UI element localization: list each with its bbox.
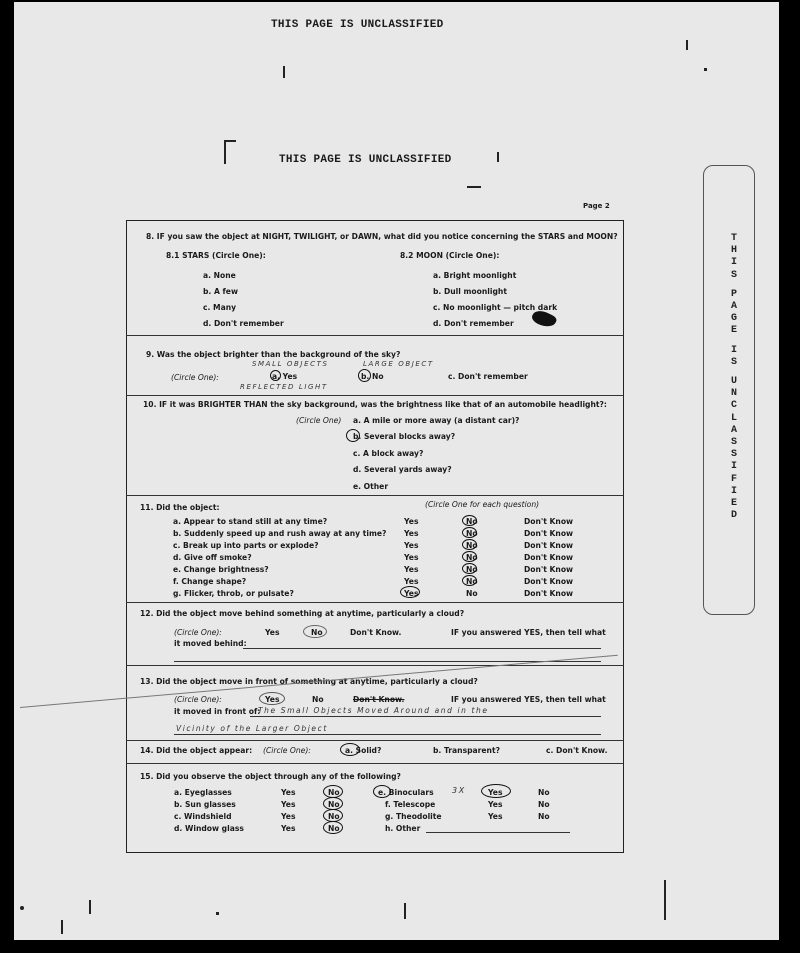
scan-mark <box>704 68 707 71</box>
q10-question: 10. IF it was BRIGHTER THAN the sky back… <box>143 400 607 409</box>
q13-followup: IF you answered YES, then tell what <box>451 695 606 704</box>
side-letter: I <box>728 486 740 498</box>
q12-question: 12. Did the object move behind something… <box>140 609 464 618</box>
q11-row-d-label: d. Give off smoke? <box>173 553 252 562</box>
q12-followup: IF you answered YES, then tell what <box>451 628 606 637</box>
side-letter: I <box>728 461 740 473</box>
q15-left-d-label: d. Window glass <box>174 824 244 833</box>
q15-left-b-label: b. Sun glasses <box>174 800 236 809</box>
selection-circle <box>400 586 420 598</box>
q15-right-h-label: h. Other <box>385 824 420 833</box>
q10-circle-label: (Circle One) <box>296 416 341 425</box>
side-letter: G <box>728 313 740 325</box>
q10-option-a[interactable]: a. A mile or more away (a distant car)? <box>353 416 519 425</box>
selection-circle <box>270 370 281 381</box>
side-letter: U <box>728 376 740 388</box>
q13-option-no[interactable]: No <box>312 695 324 704</box>
q9-handwritten-reflected-light: REFLECTED LIGHT <box>240 383 328 391</box>
q9-option-dont-remember[interactable]: c. Don't remember <box>448 372 528 381</box>
selection-circle <box>462 515 477 526</box>
q11-instruction: (Circle One for each question) <box>425 500 539 509</box>
q15-binoculars-note: 3X <box>452 786 466 795</box>
selection-circle <box>303 625 327 638</box>
selection-circle <box>373 785 391 798</box>
selection-circle <box>462 539 477 550</box>
side-letter: E <box>728 498 740 510</box>
side-letter: A <box>728 425 740 437</box>
scan-mark <box>20 906 24 910</box>
q13-circle-label: (Circle One): <box>174 695 222 704</box>
q14-question: 14. Did the object appear: <box>140 746 252 755</box>
selection-circle <box>462 527 477 538</box>
q14-option-c[interactable]: c. Don't Know. <box>546 746 607 755</box>
q12-option-dont-know[interactable]: Don't Know. <box>350 628 401 637</box>
divider <box>126 602 624 603</box>
q11-row-a-dont-know[interactable]: Don't Know <box>524 517 573 526</box>
selection-circle <box>259 692 285 705</box>
q8-stars-option-d[interactable]: d. Don't remember <box>203 319 284 328</box>
q8-stars-option-c[interactable]: c. Many <box>203 303 236 312</box>
side-letter: S <box>728 357 740 369</box>
classification-stamp-side: T H I S P A G E I S U N C L A S S I F I … <box>728 233 740 522</box>
selection-circle <box>340 743 360 756</box>
q8-stars-option-b[interactable]: b. A few <box>203 287 238 296</box>
q11-row-b-dont-know[interactable]: Don't Know <box>524 529 573 538</box>
side-letter: A <box>728 301 740 313</box>
q9-question: 9. Was the object brighter than the back… <box>146 350 400 359</box>
q14-circle-label: (Circle One): <box>263 746 311 755</box>
q15-other-line[interactable] <box>426 832 570 833</box>
q15-left-c-yes[interactable]: Yes <box>281 812 295 821</box>
selection-circle <box>358 369 371 382</box>
q11-row-b-label: b. Suddenly speed up and rush away at an… <box>173 529 386 538</box>
q10-option-e[interactable]: e. Other <box>353 482 388 491</box>
side-gap <box>728 282 740 289</box>
q11-row-g-no[interactable]: No <box>466 589 478 598</box>
side-letter: F <box>728 474 740 486</box>
q8-moon-option-d[interactable]: d. Don't remember <box>433 319 514 328</box>
q13-handwritten-answer-1[interactable]: The Small Objects Moved Around and in th… <box>258 706 489 715</box>
q12-answer-line[interactable] <box>243 648 601 649</box>
scan-mark <box>497 152 499 162</box>
q9-handwritten-large-object: LARGE OBJECT <box>363 360 434 368</box>
classification-stamp-second: THIS PAGE IS UNCLASSIFIED <box>279 154 452 166</box>
q8-moon-label: 8.2 MOON (Circle One): <box>400 251 499 260</box>
scan-mark <box>467 186 481 188</box>
q15-right-g-yes[interactable]: Yes <box>488 812 502 821</box>
q11-row-g-label: g. Flicker, throb, or pulsate? <box>173 589 294 598</box>
divider <box>126 335 624 336</box>
side-gap <box>728 369 740 376</box>
selection-circle <box>481 784 511 798</box>
divider <box>126 740 624 741</box>
side-letter: C <box>728 400 740 412</box>
divider <box>126 495 624 496</box>
q8-moon-option-a[interactable]: a. Bright moonlight <box>433 271 516 280</box>
q11-row-e-yes[interactable]: Yes <box>404 565 418 574</box>
side-letter: H <box>728 245 740 257</box>
selection-circle <box>323 821 343 834</box>
q12-followup-label: it moved behind: <box>174 639 247 648</box>
side-gap <box>728 338 740 345</box>
q8-question: 8. IF you saw the object at NIGHT, TWILI… <box>146 232 618 241</box>
side-letter: T <box>728 233 740 245</box>
scan-mark <box>224 140 236 142</box>
page-number: Page 2 <box>583 202 610 210</box>
q8-moon-option-b[interactable]: b. Dull moonlight <box>433 287 507 296</box>
q13-answer-line <box>250 716 601 717</box>
q11-row-c-label: c. Break up into parts or explode? <box>173 541 319 550</box>
q11-row-a-yes[interactable]: Yes <box>404 517 418 526</box>
q11-row-g-dont-know[interactable]: Don't Know <box>524 589 573 598</box>
divider <box>126 763 624 764</box>
scan-mark <box>89 900 91 914</box>
selection-circle <box>462 551 477 562</box>
q11-row-e-label: e. Change brightness? <box>173 565 269 574</box>
q8-stars-label: 8.1 STARS (Circle One): <box>166 251 266 260</box>
scan-mark <box>216 912 219 915</box>
q11-row-b-yes[interactable]: Yes <box>404 529 418 538</box>
classification-stamp-top: THIS PAGE IS UNCLASSIFIED <box>271 19 444 31</box>
selection-circle <box>462 563 477 574</box>
q11-row-c-yes[interactable]: Yes <box>404 541 418 550</box>
q11-row-c-dont-know[interactable]: Don't Know <box>524 541 573 550</box>
divider <box>126 395 624 396</box>
scan-mark <box>61 920 63 934</box>
q11-row-f-dont-know[interactable]: Don't Know <box>524 577 573 586</box>
scan-mark <box>686 40 688 50</box>
q13-option-dont-know[interactable]: Don't Know. <box>353 695 404 704</box>
q10-option-b[interactable]: b. Several blocks away? <box>353 432 455 441</box>
side-letter: I <box>728 345 740 357</box>
q15-right-g-no[interactable]: No <box>538 812 550 821</box>
side-letter: S <box>728 270 740 282</box>
side-letter: S <box>728 437 740 449</box>
q15-right-e-no[interactable]: No <box>538 788 550 797</box>
side-letter: S <box>728 449 740 461</box>
q15-left-d-yes[interactable]: Yes <box>281 824 295 833</box>
divider <box>126 665 624 666</box>
side-letter: N <box>728 388 740 400</box>
q15-left-a-yes[interactable]: Yes <box>281 788 295 797</box>
q9-circle-label: (Circle One): <box>171 373 219 382</box>
q9-handwritten-small-objects: SMALL OBJECTS <box>252 360 329 368</box>
q15-right-g-label: g. Theodolite <box>385 812 442 821</box>
scan-mark <box>224 140 226 164</box>
side-letter: P <box>728 289 740 301</box>
side-letter: D <box>728 510 740 522</box>
q11-row-d-dont-know[interactable]: Don't Know <box>524 553 573 562</box>
q15-left-b-yes[interactable]: Yes <box>281 800 295 809</box>
q13-followup-label: it moved in front of: <box>174 707 260 716</box>
scan-mark <box>283 66 285 78</box>
q14-option-b[interactable]: b. Transparent? <box>433 746 500 755</box>
q11-row-f-label: f. Change shape? <box>173 577 246 586</box>
q11-question: 11. Did the object: <box>140 503 220 512</box>
scan-mark <box>404 903 406 919</box>
q10-option-c[interactable]: c. A block away? <box>353 449 423 458</box>
side-letter: L <box>728 413 740 425</box>
q15-question: 15. Did you observe the object through a… <box>140 772 401 781</box>
scan-mark <box>664 880 666 920</box>
side-letter: E <box>728 325 740 337</box>
q12-option-yes[interactable]: Yes <box>265 628 279 637</box>
q10-option-d[interactable]: d. Several yards away? <box>353 465 452 474</box>
q11-row-d-yes[interactable]: Yes <box>404 553 418 562</box>
side-letter: I <box>728 257 740 269</box>
q12-circle-label: (Circle One): <box>174 628 222 637</box>
q11-row-e-dont-know[interactable]: Don't Know <box>524 565 573 574</box>
q15-right-f-no[interactable]: No <box>538 800 550 809</box>
q8-stars-option-a[interactable]: a. None <box>203 271 236 280</box>
q13-handwritten-answer-2[interactable]: Vicinity of the Larger Object <box>176 724 328 733</box>
selection-circle <box>462 575 477 586</box>
q15-right-f-label: f. Telescope <box>385 800 435 809</box>
q15-right-f-yes[interactable]: Yes <box>488 800 502 809</box>
q11-row-a-label: a. Appear to stand still at any time? <box>173 517 327 526</box>
selection-circle <box>346 429 360 442</box>
q13-answer-line-2 <box>174 734 601 735</box>
q11-row-f-yes[interactable]: Yes <box>404 577 418 586</box>
q15-left-a-label: a. Eyeglasses <box>174 788 232 797</box>
q15-left-c-label: c. Windshield <box>174 812 232 821</box>
